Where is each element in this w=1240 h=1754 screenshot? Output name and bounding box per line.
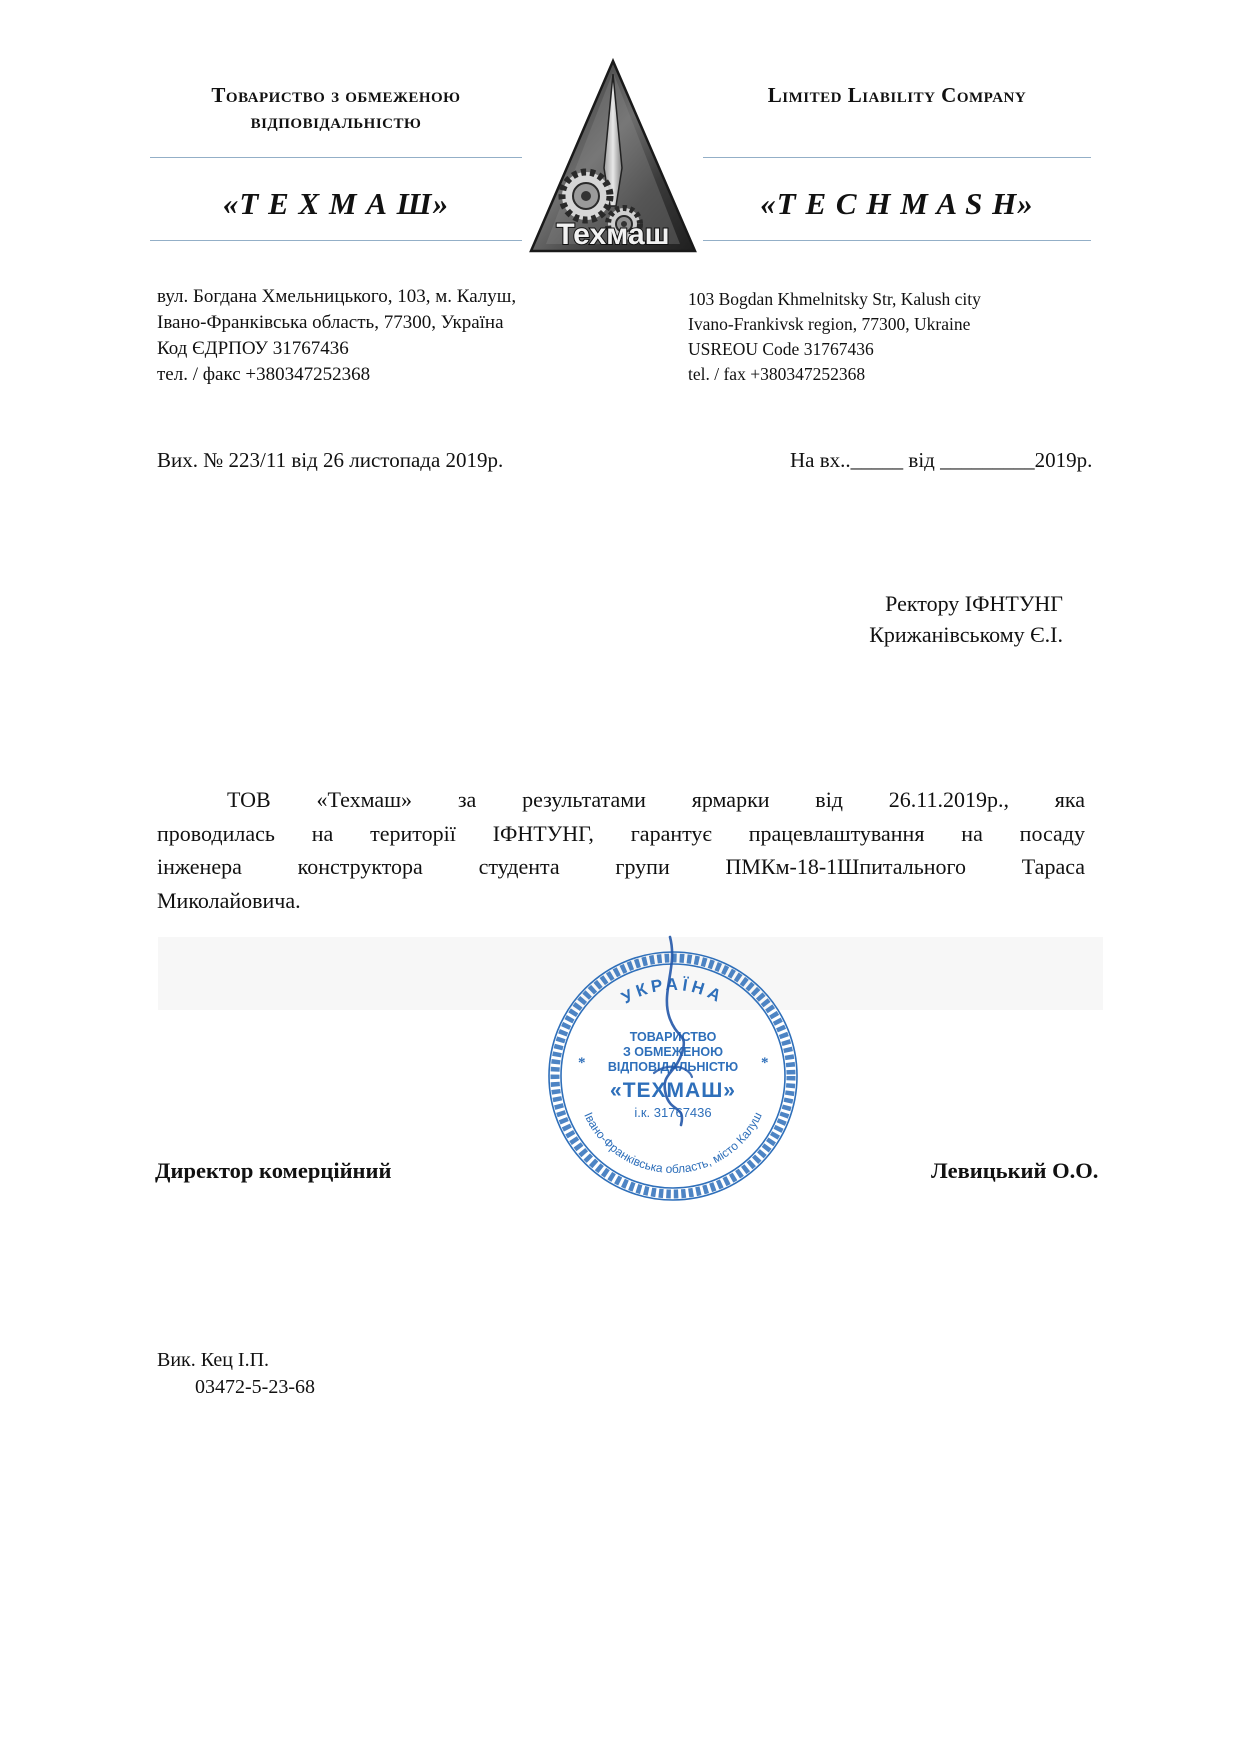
stamp-star-right: * bbox=[761, 1055, 769, 1071]
addressee-name: Крижанівському Є.І. bbox=[700, 619, 1063, 650]
outgoing-reference: Вих. № 223/11 від 26 листопада 2019р. bbox=[157, 448, 503, 473]
addressee-block: Ректору ІФНТУНГ Крижанівському Є.І. bbox=[700, 588, 1063, 650]
signer-name: Левицький О.О. bbox=[931, 1158, 1098, 1184]
contact-en-phone: tel. / fax +380347252368 bbox=[688, 362, 1108, 387]
header-rule-uk-bottom bbox=[150, 240, 522, 241]
letter-page: Товариство з обмеженою відповідальністю … bbox=[0, 0, 1240, 1754]
contact-uk-phone: тел. / факс +380347252368 bbox=[157, 362, 587, 388]
logo-wordmark: Техмаш bbox=[556, 218, 669, 251]
contacts-uk: вул. Богдана Хмельницького, 103, м. Калу… bbox=[157, 284, 587, 388]
logo-gear-large bbox=[562, 172, 610, 220]
contact-uk-region: Івано-Франківська область, 77300, Україн… bbox=[157, 310, 587, 336]
contact-en-street: 103 Bogdan Khmelnitsky Str, Kalush city bbox=[688, 287, 1108, 312]
executor-name: Вик. Кец І.П. bbox=[157, 1347, 315, 1374]
company-name-uk: «Т Е Х М А Ш» bbox=[150, 186, 522, 222]
header-rule-uk-top bbox=[150, 157, 522, 158]
header-rule-en-bottom bbox=[703, 240, 1091, 241]
contact-en-region: Ivano-Frankivsk region, 77300, Ukraine bbox=[688, 312, 1108, 337]
contact-en-code: USREOU Code 31767436 bbox=[688, 337, 1108, 362]
body-line-3: інженера конструктора студента групи ПМК… bbox=[157, 850, 1085, 884]
company-name-en: «T E C H M A S H» bbox=[703, 186, 1091, 222]
stamp-star-left: * bbox=[578, 1055, 586, 1071]
body-line-4: Миколайовича. bbox=[157, 884, 1085, 918]
letter-body: ТОВ «Техмаш» за результатами ярмарки від… bbox=[157, 783, 1085, 917]
stamp-company-name: «ТЕХМАШ» bbox=[610, 1079, 736, 1102]
executor-phone: 03472-5-23-68 bbox=[157, 1374, 315, 1401]
signer-title: Директор комерційний bbox=[155, 1158, 391, 1184]
stamp-org-line1: ТОВАРИСТВО bbox=[630, 1030, 717, 1044]
body-line-1: ТОВ «Техмаш» за результатами ярмарки від… bbox=[157, 783, 1085, 817]
contacts-en: 103 Bogdan Khmelnitsky Str, Kalush city … bbox=[688, 287, 1108, 387]
stamp-org-line2: З ОБМЕЖЕНОЮ bbox=[623, 1045, 723, 1059]
company-type-uk: Товариство з обмеженою відповідальністю bbox=[150, 82, 522, 134]
addressee-position: Ректору ІФНТУНГ bbox=[700, 588, 1063, 619]
incoming-reference: На вх.._____ від _________2019р. bbox=[790, 448, 1092, 473]
company-type-en: Limited Liability Company bbox=[703, 82, 1091, 108]
body-line-2: проводилась на території ІФНТУНГ, гарант… bbox=[157, 817, 1085, 851]
company-stamp: УКРАЇНА * * ТОВАРИСТВО З ОБМЕЖЕНОЮ ВІДПО… bbox=[542, 945, 804, 1207]
stamp-country-arc: УКРАЇНА bbox=[618, 975, 727, 1008]
contact-uk-code: Код ЄДРПОУ 31767436 bbox=[157, 336, 587, 362]
company-logo: Техмаш bbox=[528, 58, 698, 254]
contact-uk-street: вул. Богдана Хмельницького, 103, м. Калу… bbox=[157, 284, 587, 310]
header-rule-en-top bbox=[703, 157, 1091, 158]
stamp-graphic: УКРАЇНА * * ТОВАРИСТВО З ОБМЕЖЕНОЮ ВІДПО… bbox=[542, 945, 804, 1207]
executor-block: Вик. Кец І.П. 03472-5-23-68 bbox=[157, 1347, 315, 1401]
triangle-gears-logo-graphic: Техмаш bbox=[528, 58, 698, 254]
